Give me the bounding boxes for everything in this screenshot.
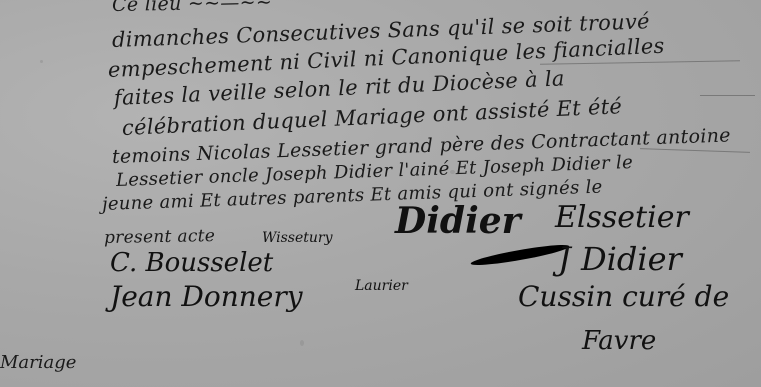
margin-note: Mariage — [0, 352, 76, 373]
paper-speck — [40, 60, 43, 63]
signature-bousselet: C. Bousselet — [110, 248, 273, 278]
text-line-8: present acte — [104, 226, 216, 248]
paper-speck — [300, 340, 304, 346]
signature-wissetur: Wissetury — [262, 230, 333, 246]
document-page: Ce lieu ~~—~~ dimanches Consecutives San… — [0, 0, 761, 387]
signature-favre: Favre — [582, 326, 656, 356]
signature-jean-donnery: Jean Donnery — [110, 280, 303, 313]
line-filler-rule — [700, 95, 755, 96]
signature-elssetier: Elssetier — [555, 200, 689, 235]
signature-laurier: Laurier — [355, 278, 408, 294]
signature-didier-1: Didier — [395, 200, 521, 242]
signature-didier-2: J Didier — [558, 240, 682, 278]
text-line-0: Ce lieu ~~—~~ — [112, 0, 272, 16]
signature-cussin-cure: Cussin curé de — [518, 280, 729, 313]
signature-flourish — [470, 241, 570, 268]
